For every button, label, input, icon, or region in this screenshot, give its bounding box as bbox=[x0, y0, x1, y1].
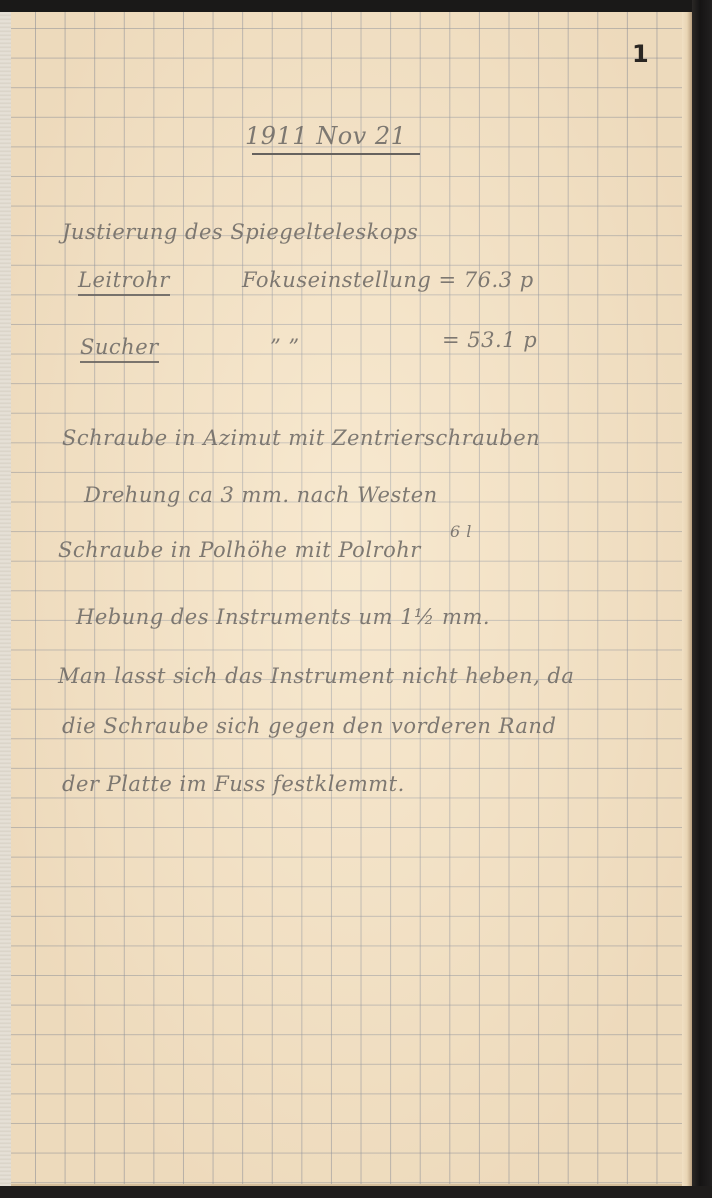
notebook-page bbox=[11, 12, 692, 1186]
note-line: Schraube in Azimut mit Zentrierschrauben bbox=[62, 426, 540, 450]
ditto-marks: ” ” bbox=[270, 335, 300, 359]
date-underline bbox=[252, 153, 420, 155]
note-line: der Platte im Fuss festklemmt. bbox=[62, 772, 405, 796]
note-superscript: 6 l bbox=[450, 522, 472, 541]
note-line: Hebung des Instruments um 1½ mm. bbox=[76, 605, 490, 629]
measurement-text: Fokuseinstellung bbox=[242, 268, 431, 292]
page-edge bbox=[682, 12, 692, 1186]
measurement-value-leitrohr: Fokuseinstellung = 76.3 p bbox=[242, 268, 534, 292]
note-line: die Schraube sich gegen den vorderen Ran… bbox=[62, 714, 556, 738]
note-line: Drehung ca 3 mm. nach Westen bbox=[84, 483, 438, 507]
measurement-value: = 76.3 p bbox=[439, 268, 534, 292]
note-line: Man lasst sich das Instrument nicht hebe… bbox=[58, 664, 574, 688]
entry-heading: Justierung des Spiegelteleskops bbox=[62, 220, 418, 244]
measurement-label-sucher: Sucher bbox=[80, 335, 159, 363]
page-number: 1 bbox=[632, 40, 649, 68]
measurement-value-sucher: = 53.1 p bbox=[442, 328, 537, 352]
binding-bottom bbox=[0, 1186, 712, 1198]
entry-date: 1911 Nov 21 bbox=[245, 122, 406, 150]
measurement-label-leitrohr: Leitrohr bbox=[78, 268, 170, 296]
note-line: Schraube in Polhöhe mit Polrohr bbox=[58, 538, 421, 562]
spine-cloth bbox=[0, 12, 11, 1187]
binding-right bbox=[692, 0, 712, 1198]
